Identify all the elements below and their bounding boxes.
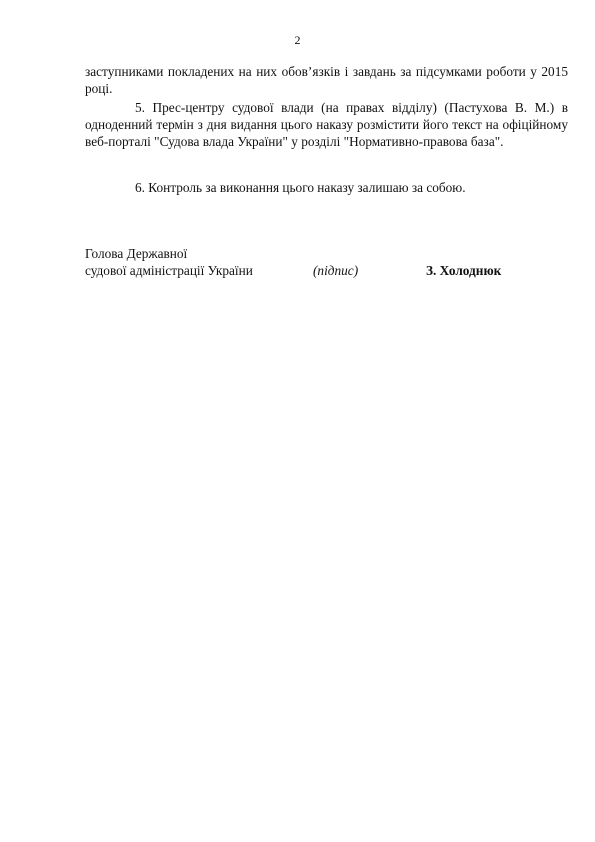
signature-placeholder: (підпис) [313,262,358,279]
paragraph-item-6: 6. Контроль за виконання цього наказу за… [85,179,568,196]
signatory-name: З. Холоднюк [426,262,501,279]
signatory-title-line1: Голова Державної [85,245,187,262]
signatory-title-line2: судової адміністрації України [85,262,253,279]
paragraph-item-5: 5. Прес-центру судової влади (на правах … [85,99,568,150]
page-number: 2 [0,33,595,48]
paragraph-continuation: заступниками покладених на них обов’язкі… [85,63,568,97]
